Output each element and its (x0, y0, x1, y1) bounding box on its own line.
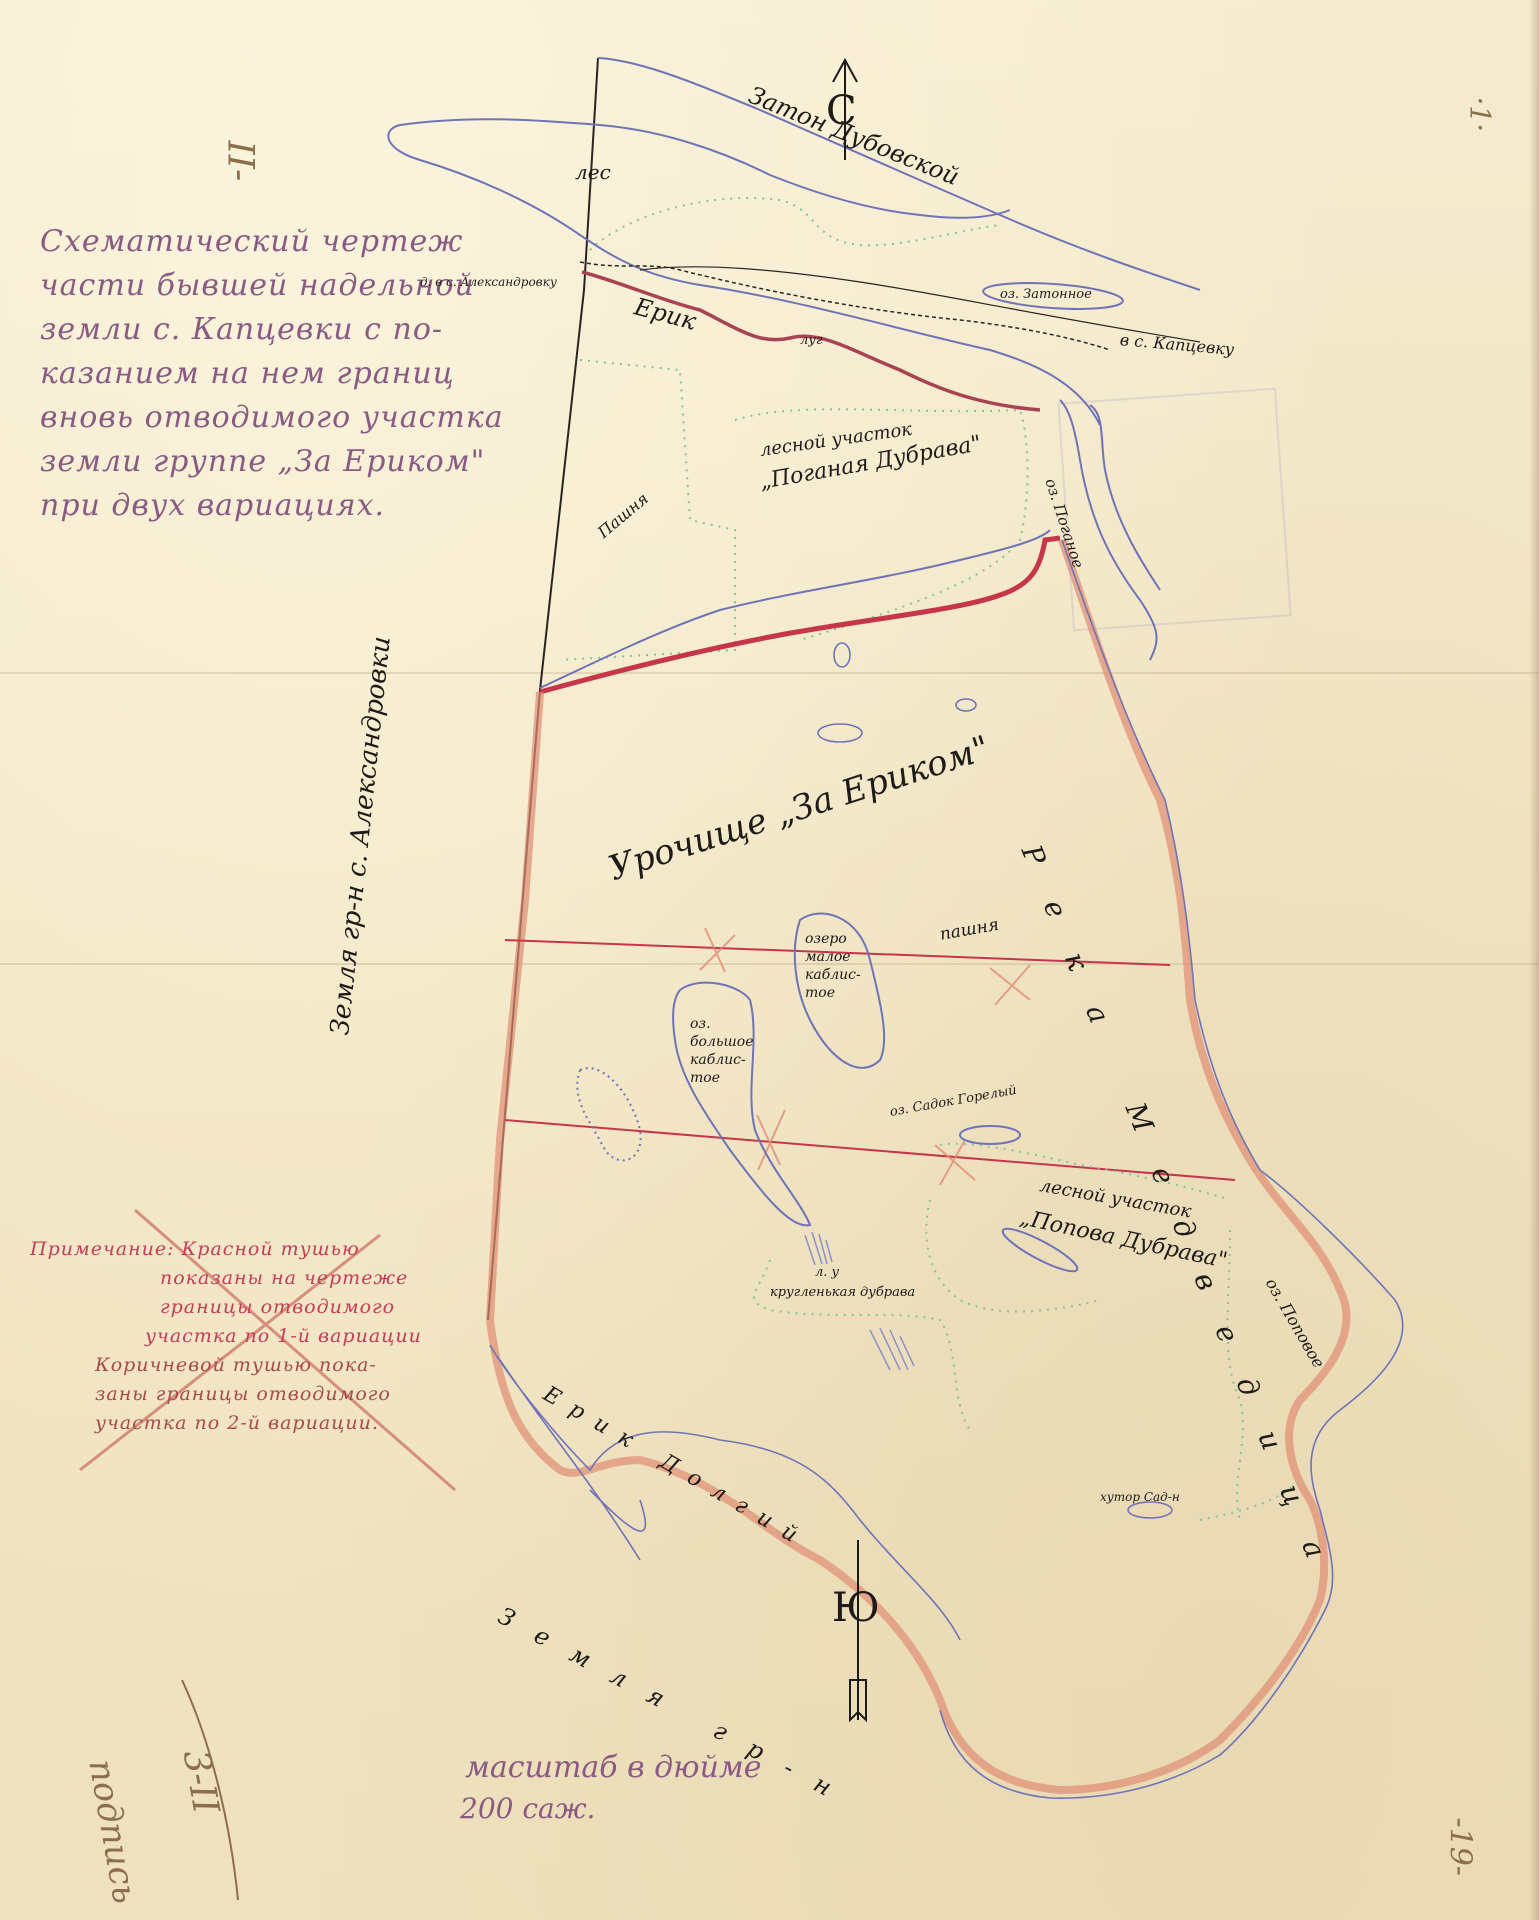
label-line: большое (690, 1033, 754, 1051)
hatched-areas (805, 1232, 914, 1370)
page-number: -19- (1443, 1818, 1478, 1876)
title-line: казанием на нем границ (40, 352, 540, 396)
label-khutor: хутор Сад-н (1100, 1490, 1180, 1504)
note-line-red: границы отводимого (30, 1293, 490, 1322)
label-line: тое (805, 984, 861, 1002)
title-line: земли с. Капцевки с по- (40, 308, 540, 352)
erik-water-south (540, 530, 1050, 688)
note-line-red: показаны на чертеже (30, 1264, 490, 1293)
title-line: вновь отводимого участка (40, 396, 540, 440)
label-line: озеро (805, 930, 861, 948)
label-line: каблис- (690, 1051, 754, 1069)
title-line: Схематический чертеж (40, 220, 540, 264)
legend-note: Примечание: Красной тушью показаны на че… (30, 1235, 490, 1438)
lake-sadok (960, 1126, 1020, 1144)
corner-mark-top-right: ·1· (1464, 97, 1497, 133)
erik-top-line (640, 267, 1200, 342)
lake-small-1 (818, 724, 862, 742)
note-line-brown: участка по 2-й вариации. (30, 1409, 490, 1438)
map-title: Схематический чертеж части бывшей надель… (40, 220, 540, 528)
note-line-brown: Коричневой тушью пока- (30, 1351, 490, 1380)
zaton-shore-north (598, 58, 1200, 290)
label-lug: луг (800, 333, 822, 348)
label-les: лес (575, 160, 611, 184)
brown-boundary-outline (490, 540, 1346, 1790)
scale-label: масштаб в дюйме (465, 1750, 762, 1785)
label-kruglenkaya: кругленькая дубрава (770, 1285, 915, 1300)
lake-khutor (1128, 1502, 1172, 1518)
note-line-red: участка по 1-й вариации (30, 1322, 490, 1351)
lake-small-3 (956, 699, 976, 711)
label-line: тое (690, 1069, 754, 1087)
title-line: земли группе „За Ериком" (40, 440, 540, 484)
scale-value: 200 саж. (460, 1792, 595, 1825)
corner-mark-top-left: II- (220, 141, 261, 182)
compass-south-label: Ю (832, 1585, 880, 1631)
note-line-red: Примечание: Красной тушью (30, 1235, 490, 1264)
note-line-brown: заны границы отводимого (30, 1380, 490, 1409)
label-l-u: л. у (815, 1265, 839, 1280)
forest-boundary-pogan (560, 198, 1028, 660)
red-boundary-north (540, 538, 1060, 692)
title-line: при двух вариациях. (40, 484, 540, 528)
label-oz-zatonnoe: оз. Затонное (1000, 287, 1092, 302)
label-line: малое (805, 948, 861, 966)
label-road-aleksandrovka: д. в с. Александровку (420, 275, 557, 289)
label-ozero-maloe: озеро малое каблис- тое (805, 930, 861, 1002)
lake-dotted-west (577, 1068, 640, 1160)
lake-small-2 (834, 643, 850, 667)
label-line: каблис- (805, 966, 861, 984)
label-line: оз. (690, 1015, 754, 1033)
label-oz-bolshoe: оз. большое каблис- тое (690, 1015, 754, 1087)
